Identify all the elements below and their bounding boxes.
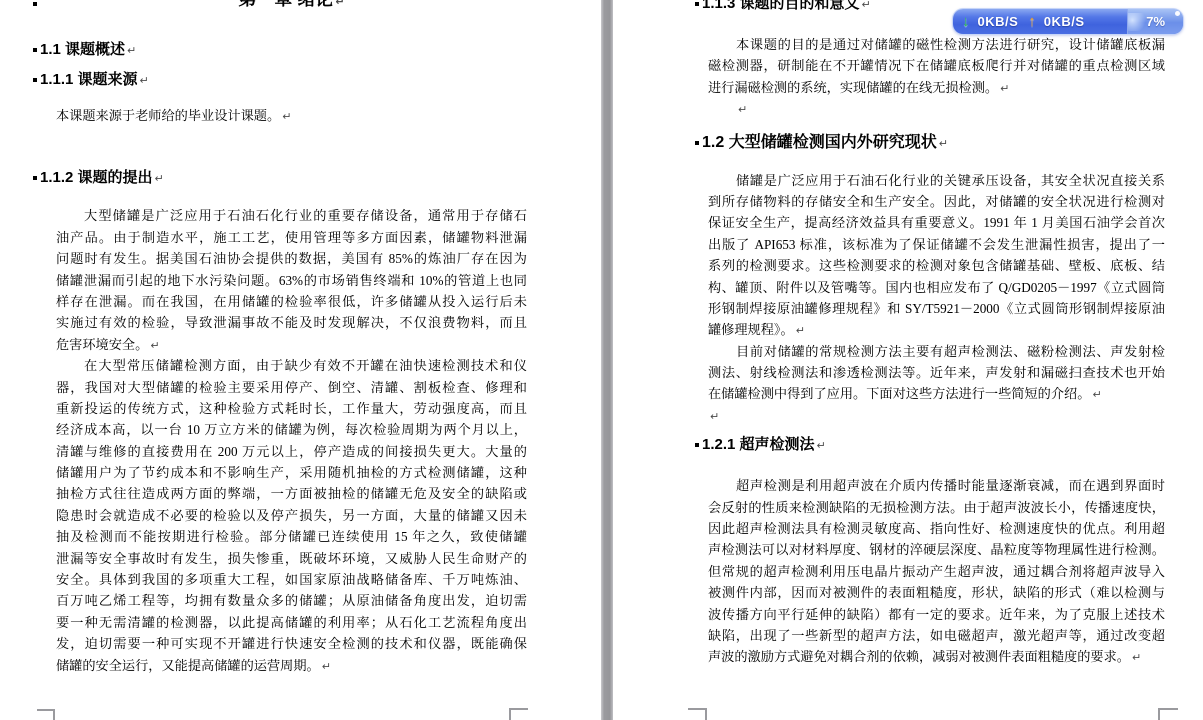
text-line: 本课题的目的是通过对储罐的磁性检测方法进行研究，设计储罐底板漏 [708, 34, 1165, 55]
text-line-content: 目前对储罐的常规检测方法主要有超声检测法、磁粉检测法、声发射检 [736, 344, 1165, 359]
text-line: 隐患时会就造成不必要的检验以及停产损失，另一方面，大量的储罐又因未 [56, 505, 527, 526]
text-line: 发，迫切需要一种可实现不开罐进行快速安全检测的技术和仪器，既能确保 [56, 633, 527, 654]
heading-style-marker [695, 141, 699, 145]
paragraph: 目前对储罐的常规检测方法主要有超声检测法、磁粉检测法、声发射检测法、射线检测法和… [708, 341, 1165, 405]
text-line-content: 声检测法可以对材料厚度、钢材的淬硬层深度、晶粒度等物理属性进行检测。 [708, 542, 1165, 557]
text-line-content: 清罐与维修的直接费用在 200 万元以上，停产造成的间接损失更大。大量的 [56, 444, 527, 459]
text-line-content: 测法、射线检测法和渗透检测法等。近年来，声发射和漏磁扫查技术也开始 [708, 365, 1165, 380]
text-line-content: 在大型常压储罐检测方面，由于缺少有效不开罐在油快速检测技术和仪 [84, 358, 527, 373]
heading-text: 第一章 绪论 [238, 0, 333, 9]
text-line-content: 样存在泄漏。而在我国，在用储罐的检验率很低，许多储罐从投入运行后未 [56, 294, 527, 309]
paragraph-mark-icon: ↵ [862, 0, 871, 11]
text-line: 但常规的超声检测利用压电晶片振动产生超声波，通过耦合剂将超声波导入 [708, 561, 1165, 582]
text-line-content: 出版了 API653 标准，该标准为了保证储罐不会发生泄漏性损害，提出了一 [708, 237, 1165, 252]
paragraph-mark-icon: ↵ [817, 439, 826, 452]
text-line-content: 大型储罐是广泛应用于石油石化行业的重要存储设备，通常用于存储石 [84, 208, 527, 223]
document-page-right[interactable]: 1.1.3 课题的目的和意义↵本课题的目的是通过对储罐的磁性检测方法进行研究，设… [613, 0, 1203, 720]
text-line: 被测件内部，因而对被测件的表面粗糙度，形状，缺陷的形式（难以检测与 [708, 582, 1165, 603]
text-line-content: 隐患时会就造成不必要的检验以及停产损失，另一方面，大量的储罐又因未 [56, 508, 527, 523]
text-line-content: 储罐是广泛应用于石油石化行业的关键承压设备，其安全状况直接关系 [736, 173, 1165, 188]
upload-speed-label: 0KB/S [1044, 14, 1085, 29]
text-line: 会反射的性质来检测缺陷的无损检测方法。由于超声波波长小，传播速度快， [708, 497, 1165, 518]
text-line-content: 泄漏等安全事故时有发生，损失惨重，既破坏环境，又威胁人民生命财产的 [56, 551, 527, 566]
text-line-content: 因此超声检测法具有检测灵敏度高、指向性好、检测速度快的优点。利用超 [708, 521, 1165, 536]
text-line: 磁检测器，研制能在不开罐情况下在储罐底板爬行并对储罐的重点检测区域 [708, 55, 1165, 76]
text-boundary-mark [37, 709, 55, 720]
text-line: 声波的激励方式避免对耦合剂的依赖，减弱对被测件表面粗糙度的要求。↵ [708, 646, 1165, 667]
section-heading: 1.1.1 课题来源↵ [40, 71, 527, 89]
text-line: 本课题来源于老师给的毕业设计课题。↵ [56, 105, 527, 126]
text-line: 系列的检测要求。这些检测要求的检测对象包含储罐基础、壁板、底板、结 [708, 255, 1165, 276]
section-heading: 1.1.2 课题的提出↵ [40, 169, 527, 187]
text-line-content: 危害环境安全。 [56, 337, 148, 352]
paragraph-mark-icon: ↵ [710, 410, 719, 423]
network-speeds: ↓ 0KB/S ↑ 0KB/S [953, 9, 1127, 34]
text-line: 因此超声检测法具有检测灵敏度高、指向性好、检测速度快的优点。利用超 [708, 518, 1165, 539]
paragraph-mark-icon: ↵ [738, 103, 747, 116]
section-heading: 1.2 大型储罐检测国内外研究现状↵ [702, 134, 1165, 153]
heading-style-marker [695, 2, 699, 6]
text-line-content: 声波的激励方式避免对耦合剂的依赖，减弱对被测件表面粗糙度的要求。 [708, 649, 1130, 664]
paragraph-mark-icon: ↵ [1132, 651, 1141, 664]
text-line: 抽检方式往往造成两方面的弊端，一方面被抽检的储罐无危及安全的缺陷或 [56, 483, 527, 504]
network-monitor-widget[interactable]: ↓ 0KB/S ↑ 0KB/S 7% [953, 9, 1183, 34]
document-page-left[interactable]: 第一章 绪论↵1.1 课题概述↵1.1.1 课题来源↵本课题来源于老师给的毕业设… [0, 0, 601, 720]
upload-arrow-icon: ↑ [1028, 9, 1036, 34]
paragraph-mark-icon: ↵ [1000, 82, 1009, 95]
page-gap-divider [601, 0, 613, 720]
usage-percent-badge[interactable]: 7% [1127, 9, 1183, 34]
text-line-content: 但常规的超声检测利用压电晶片振动产生超声波，通过耦合剂将超声波导入 [708, 564, 1165, 579]
word-document-view: 第一章 绪论↵1.1 课题概述↵1.1.1 课题来源↵本课题来源于老师给的毕业设… [0, 0, 1203, 720]
text-line-content: 磁检测器，研制能在不开罐情况下在储罐底板爬行并对储罐的重点检测区域 [708, 58, 1165, 73]
text-line: 抽及检测而不能按期进行检验。部分储罐已连续使用 15 年之久，致使储罐 [56, 526, 527, 547]
text-line: 目前对储罐的常规检测方法主要有超声检测法、磁粉检测法、声发射检 [708, 341, 1165, 362]
paragraph: 本课题来源于老师给的毕业设计课题。↵ [56, 105, 527, 126]
page-content-left: 第一章 绪论↵1.1 课题概述↵1.1.1 课题来源↵本课题来源于老师给的毕业设… [56, 0, 527, 676]
heading-text: 1.1.2 课题的提出 [40, 169, 153, 186]
text-line: 在大型常压储罐检测方面，由于缺少有效不开罐在油快速检测技术和仪 [56, 355, 527, 376]
text-line-content: 要一种无需清罐的检测器，以此提高储罐的利用率；从石化工艺流程角度出 [56, 615, 527, 630]
paragraph: 大型储罐是广泛应用于石油石化行业的重要存储设备，通常用于存储石油产品。由于制造水… [56, 205, 527, 355]
text-line: 器，我国对大型储罐的检验主要采用停产、倒空、清罐、割板检查、修理和 [56, 377, 527, 398]
text-line: 要一种无需清罐的检测器，以此提高储罐的利用率；从石化工艺流程角度出 [56, 612, 527, 633]
text-line: 经济成本高，以一台 10 万立方米的储罐为例，每次检验周期为两个月以上， [56, 419, 527, 440]
paragraph-mark-icon: ↵ [155, 172, 164, 185]
text-line: 波传播方向平行延伸的缺陷）都有一定的要求。近年来，为了克服上述技术 [708, 604, 1165, 625]
paragraph-mark-icon: ↵ [282, 110, 291, 123]
text-line-content: 形钢制焊接原油罐修理规程》和 SY/T5921－2000《立式圆筒形钢制焊接原油 [708, 301, 1165, 316]
text-line-content: 百万吨乙烯工程等，均拥有数量众多的储罐；从原油储备角度出发，迫切需 [56, 593, 527, 608]
text-line: 保证安全生产，提高经济效益具有重要意义。1991 年 1 月美国石油学会首次 [708, 212, 1165, 233]
paragraph-mark-icon: ↵ [796, 324, 805, 337]
section-heading: 1.2.1 超声检测法↵ [702, 436, 1165, 454]
download-arrow-icon: ↓ [962, 9, 970, 34]
text-line: 油产品。由于制造水平，施工工艺，使用管理等多方面因素，储罐物料泄漏 [56, 227, 527, 248]
heading-style-marker [33, 176, 37, 180]
text-line-content: 储罐的安全运行，又能提高储罐的运营周期。 [56, 658, 320, 673]
text-line: 缺陷，出现了一些新型的超声方法，如电磁超声，激光超声等，通过改变超 [708, 625, 1165, 646]
text-line-content: 实施过有效的检验，导致泄漏事故不能及时发现解决，不仅浪费物料，而且 [56, 315, 527, 330]
text-boundary-mark [688, 708, 707, 720]
text-line-content: 构、罐顶、附件以及管嘴等。国内也相应发布了 Q/GD0205－1997《立式圆筒 [708, 280, 1165, 295]
heading-text: 1.2.1 超声检测法 [702, 436, 815, 453]
page-content-right: 1.1.3 课题的目的和意义↵本课题的目的是通过对储罐的磁性检测方法进行研究，设… [708, 0, 1165, 668]
text-line-content: 进行漏磁检测的系统，实现储罐的在线无损检测。 [708, 80, 998, 95]
text-line-content: 缺陷，出现了一些新型的超声方法，如电磁超声，激光超声等，通过改变超 [708, 628, 1165, 643]
heading-text: 1.1 课题概述 [40, 41, 125, 58]
download-speed-label: 0KB/S [978, 14, 1019, 29]
text-boundary-mark [509, 708, 528, 720]
paragraph-mark-icon: ↵ [127, 44, 136, 57]
text-line-content: 本课题来源于老师给的毕业设计课题。 [56, 108, 280, 123]
text-line: 超声检测是利用超声波在介质内传播时能量逐渐衰减，而在遇到界面时 [708, 475, 1165, 496]
text-line: 到所存储物料的存储安全和生产安全。因此，对储罐的安全状况进行检测对 [708, 191, 1165, 212]
heading-text: 1.1.1 课题来源 [40, 71, 138, 88]
usage-percent-label: 7% [1146, 14, 1165, 29]
paragraph-mark-icon: ↵ [335, 0, 344, 8]
text-line: 危害环境安全。↵ [56, 334, 527, 355]
empty-paragraph-mark: ↵ [708, 405, 1165, 426]
text-line: 构、罐顶、附件以及管嘴等。国内也相应发布了 Q/GD0205－1997《立式圆筒 [708, 277, 1165, 298]
text-line: 形钢制焊接原油罐修理规程》和 SY/T5921－2000《立式圆筒形钢制焊接原油 [708, 298, 1165, 319]
text-line-content: 系列的检测要求。这些检测要求的检测对象包含储罐基础、壁板、底板、结 [708, 258, 1165, 273]
text-line-content: 储罐泄漏而引起的地下水污染问题。63%的市场销售终端和 10%的管道上也同 [56, 273, 527, 288]
paragraph-mark-icon: ↵ [939, 137, 948, 150]
text-line-content: 器，我国对大型储罐的检验主要采用停产、倒空、清罐、割板检查、修理和 [56, 380, 527, 395]
text-line-content: 经济成本高，以一台 10 万立方米的储罐为例，每次检验周期为两个月以上， [56, 422, 527, 437]
paragraph-mark-icon: ↵ [150, 339, 159, 352]
text-line-content: 被测件内部，因而对被测件的表面粗糙度，形状，缺陷的形式（难以检测与 [708, 585, 1165, 600]
paragraph-mark-icon: ↵ [322, 660, 331, 673]
section-heading: 1.1 课题概述↵ [40, 41, 527, 59]
text-line-content: 保证安全生产，提高经济效益具有重要意义。1991 年 1 月美国石油学会首次 [708, 215, 1165, 230]
text-line-content: 会反射的性质来检测缺陷的无损检测方法。由于超声波波长小，传播速度快， [708, 500, 1165, 515]
text-line-content: 本课题的目的是通过对储罐的磁性检测方法进行研究，设计储罐底板漏 [736, 37, 1165, 52]
text-line: 罐修理规程》。↵ [708, 319, 1165, 340]
paragraph: 本课题的目的是通过对储罐的磁性检测方法进行研究，设计储罐底板漏磁检测器，研制能在… [708, 34, 1165, 98]
text-line-content: 超声检测是利用超声波在介质内传播时能量逐渐衰减，而在遇到界面时 [736, 478, 1165, 493]
text-line: 储罐是广泛应用于石油石化行业的关键承压设备，其安全状况直接关系 [708, 170, 1165, 191]
text-line-content: 储罐用户为了节约成本和不影响生产，采用随机抽检的方式检测储罐，这种 [56, 465, 527, 480]
text-line-content: 在储罐检测中得到了应用。下面对这些方法进行一些简短的介绍。 [708, 386, 1090, 401]
paragraph: 超声检测是利用超声波在介质内传播时能量逐渐衰减，而在遇到界面时会反射的性质来检测… [708, 475, 1165, 668]
heading-style-marker [33, 48, 37, 52]
text-line: 在储罐检测中得到了应用。下面对这些方法进行一些简短的介绍。↵ [708, 383, 1165, 404]
text-line: 测法、射线检测法和渗透检测法等。近年来，声发射和漏磁扫查技术也开始 [708, 362, 1165, 383]
text-line-content: 到所存储物料的存储安全和生产安全。因此，对储罐的安全状况进行检测对 [708, 194, 1165, 209]
text-line: 问题时有发生。据美国石油协会提供的数据，美国有 85%的炼油厂存在因为 [56, 248, 527, 269]
text-line-content: 安全。具体到我国的多项重大工程，如国家原油战略储备库、千万吨炼油、 [56, 572, 527, 587]
text-line-content: 罐修理规程》。 [708, 322, 794, 337]
text-line: 重新投运的传统方式，这种检验方式耗时长，工作量大，劳动强度高，而且 [56, 398, 527, 419]
text-line: 实施过有效的检验，导致泄漏事故不能及时发现解决，不仅浪费物料，而且 [56, 312, 527, 333]
text-line: 储罐泄漏而引起的地下水污染问题。63%的市场销售终端和 10%的管道上也同 [56, 270, 527, 291]
heading-style-marker [33, 2, 37, 6]
text-boundary-mark [1158, 708, 1178, 720]
text-line: 清罐与维修的直接费用在 200 万元以上，停产造成的间接损失更大。大量的 [56, 441, 527, 462]
text-line-content: 重新投运的传统方式，这种检验方式耗时长，工作量大，劳动强度高，而且 [56, 401, 527, 416]
paragraph: 在大型常压储罐检测方面，由于缺少有效不开罐在油快速检测技术和仪器，我国对大型储罐… [56, 355, 527, 676]
text-line-content: 抽及检测而不能按期进行检验。部分储罐已连续使用 15 年之久，致使储罐 [56, 529, 527, 544]
paragraph-mark-icon: ↵ [1092, 388, 1101, 401]
text-line-content: 发，迫切需要一种可实现不开罐进行快速安全检测的技术和仪器，既能确保 [56, 636, 527, 651]
heading-style-marker [33, 78, 37, 82]
heading-text: 1.1.3 课题的目的和意义 [702, 0, 860, 12]
paragraph: 储罐是广泛应用于石油石化行业的关键承压设备，其安全状况直接关系到所存储物料的存储… [708, 170, 1165, 341]
text-line: 百万吨乙烯工程等，均拥有数量众多的储罐；从原油储备角度出发，迫切需 [56, 590, 527, 611]
text-line-content: 波传播方向平行延伸的缺陷）都有一定的要求。近年来，为了克服上述技术 [708, 607, 1165, 622]
text-line: 储罐的安全运行，又能提高储罐的运营周期。↵ [56, 655, 527, 676]
paragraph-mark-icon: ↵ [140, 74, 149, 87]
text-line-content: 问题时有发生。据美国石油协会提供的数据，美国有 85%的炼油厂存在因为 [56, 251, 527, 266]
text-line: 泄漏等安全事故时有发生，损失惨重，既破坏环境，又威胁人民生命财产的 [56, 548, 527, 569]
text-line: 出版了 API653 标准，该标准为了保证储罐不会发生泄漏性损害，提出了一 [708, 234, 1165, 255]
text-line: 进行漏磁检测的系统，实现储罐的在线无损检测。↵ [708, 77, 1165, 98]
text-line: 样存在泄漏。而在我国，在用储罐的检验率很低，许多储罐从投入运行后未 [56, 291, 527, 312]
chapter-title: 第一章 绪论↵ [56, 0, 527, 13]
text-line: 安全。具体到我国的多项重大工程，如国家原油战略储备库、千万吨炼油、 [56, 569, 527, 590]
text-line: 储罐用户为了节约成本和不影响生产，采用随机抽检的方式检测储罐，这种 [56, 462, 527, 483]
empty-paragraph-mark: ↵ [708, 98, 1165, 119]
text-line-content: 抽检方式往往造成两方面的弊端，一方面被抽检的储罐无危及安全的缺陷或 [56, 486, 527, 501]
text-line-content: 油产品。由于制造水平，施工工艺，使用管理等多方面因素，储罐物料泄漏 [56, 230, 527, 245]
heading-text: 1.2 大型储罐检测国内外研究现状 [702, 134, 937, 151]
text-line: 大型储罐是广泛应用于石油石化行业的重要存储设备，通常用于存储石 [56, 205, 527, 226]
heading-style-marker [695, 443, 699, 447]
text-line: 声检测法可以对材料厚度、钢材的淬硬层深度、晶粒度等物理属性进行检测。 [708, 539, 1165, 560]
